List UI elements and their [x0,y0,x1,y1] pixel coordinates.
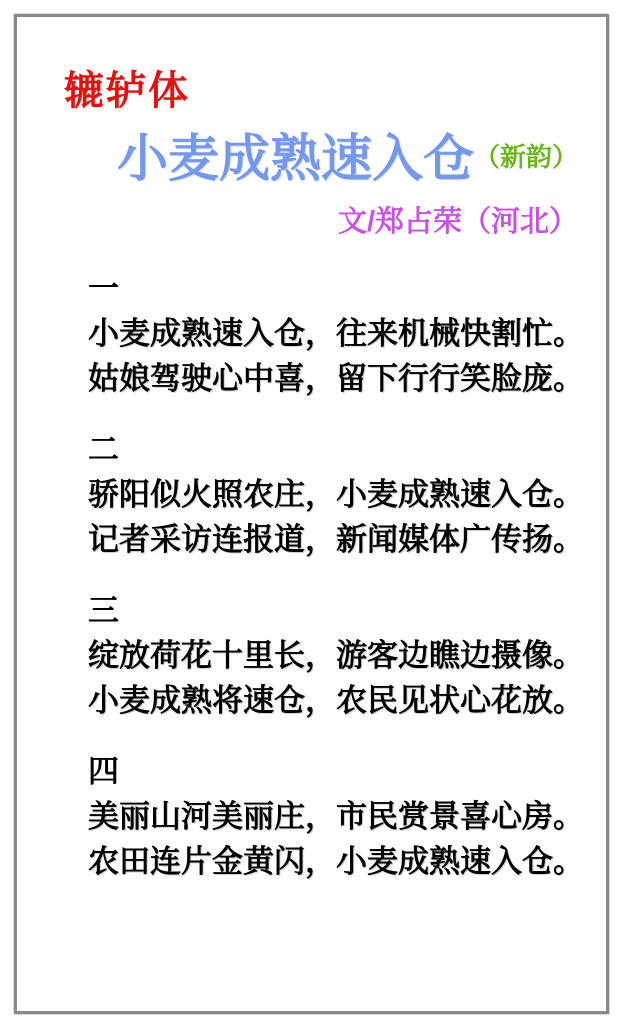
poem-line: 美丽山河美丽庄，市民赏景喜心房。 [88,794,606,839]
stanza-number: 二 [88,427,606,472]
poem-page: 辘轳体 小麦成熟速入仓（新韵） 文/郑占荣（河北） 一 小麦成熟速入仓，往来机械… [14,14,609,1014]
stanza-number: 一 [88,266,606,311]
stanza-1: 一 小麦成熟速入仓，往来机械快割忙。 姑娘驾驶心中喜，留下行行笑脸庞。 [88,266,606,401]
poem-line: 记者采访连报道，新闻媒体广传扬。 [88,517,606,562]
stanza-number: 三 [88,588,606,633]
poem-form-label: 辘轳体 [64,71,606,111]
document-canvas: 辘轳体 小麦成熟速入仓（新韵） 文/郑占荣（河北） 一 小麦成熟速入仓，往来机械… [0,0,627,1026]
poem-title: 小麦成熟速入仓 [117,130,474,187]
poem-line: 小麦成熟将速仓，农民见状心花放。 [88,678,606,723]
poem-line: 姑娘驾驶心中喜，留下行行笑脸庞。 [88,356,606,401]
poem-line: 农田连片金黄闪，小麦成熟速入仓。 [88,839,606,884]
poem-title-note: （新韵） [474,142,578,172]
poem-body: 一 小麦成熟速入仓，往来机械快割忙。 姑娘驾驶心中喜，留下行行笑脸庞。 二 骄阳… [88,266,606,884]
poem-line: 小麦成熟速入仓，往来机械快割忙。 [88,311,606,356]
stanza-2: 二 骄阳似火照农庄，小麦成熟速入仓。 记者采访连报道，新闻媒体广传扬。 [88,427,606,562]
stanza-4: 四 美丽山河美丽庄，市民赏景喜心房。 农田连片金黄闪，小麦成熟速入仓。 [88,749,606,884]
poem-line: 绽放荷花十里长，游客边瞧边摄像。 [88,633,606,678]
title-line: 小麦成熟速入仓（新韵） [17,129,606,200]
stanza-number: 四 [88,749,606,794]
stanza-3: 三 绽放荷花十里长，游客边瞧边摄像。 小麦成熟将速仓，农民见状心花放。 [88,588,606,723]
poem-byline: 文/郑占荣（河北） [17,204,606,240]
poem-line: 骄阳似火照农庄，小麦成熟速入仓。 [88,472,606,517]
